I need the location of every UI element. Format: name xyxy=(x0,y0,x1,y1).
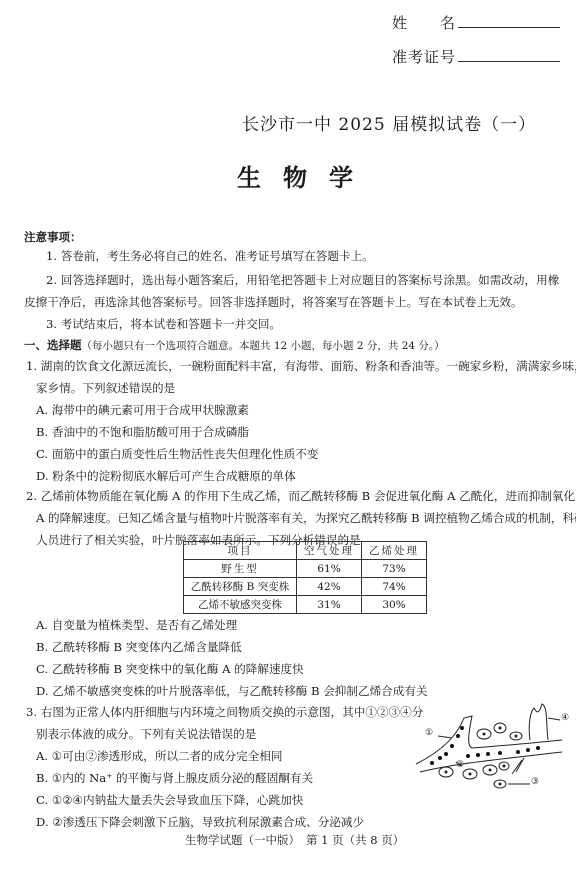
table-header-ethylene: 乙烯处理 xyxy=(362,542,427,560)
section-note: （每小题只有一个选项符合题意。本题共 12 小题，每小题 2 分，共 24 分。… xyxy=(82,340,445,352)
figure-label-4: ④ xyxy=(561,713,569,723)
q2-option-a: A. 自变量为植株类型、是否有乙烯处理 xyxy=(36,617,237,633)
q2-stem-line-1: 2. 乙烯前体物质能在氧化酶 A 的作用下生成乙烯，而乙酰转移酶 B 会促进氧化… xyxy=(26,488,576,504)
q3-option-c: C. ①②④内钠盐大量丢失会导致血压下降，心跳加快 xyxy=(36,792,303,808)
table-row: 野生型 61% 73% xyxy=(184,560,427,578)
name-field: 姓 名 xyxy=(392,12,560,33)
table-cell: 74% xyxy=(362,578,427,596)
exam-title: 长沙市一中 2025 届模拟试卷（一） xyxy=(242,110,536,135)
name-blank-line xyxy=(458,26,560,28)
figure-label-1: ① xyxy=(425,728,433,738)
table-cell: 30% xyxy=(362,596,427,614)
q1-stem-line-2: 家乡情。下列叙述错误的是 xyxy=(36,380,175,396)
table-header-item: 项目 xyxy=(184,542,297,560)
q1-stem-line-1: 1. 湖南的饮食文化源远流长，一碗粉面配料丰富，有海带、面筋、粉条和香油等。一碗… xyxy=(26,358,576,374)
q3-stem-line-1: 3. 右图为正常人体内肝细胞与内环境之间物质交换的示意图，其中①②③④分 xyxy=(26,704,423,720)
q1-option-c: C. 面筋中的蛋白质变性后生物活性丧失但理化性质不变 xyxy=(36,446,319,462)
exam-id-label: 准考证号 xyxy=(392,48,456,66)
table-header-air: 空气处理 xyxy=(297,542,362,560)
table-cell: 野生型 xyxy=(184,560,297,578)
q3-option-a: A. ①可由②渗透形成，所以二者的成分完全相同 xyxy=(36,748,282,764)
q3-option-b: B. ①内的 Na⁺ 的平衡与肾上腺皮质分泌的醛固酮有关 xyxy=(36,770,313,786)
notice-heading: 注意事项： xyxy=(24,229,82,245)
liver-cell-exchange-diagram xyxy=(412,696,572,796)
q1-option-d: D. 粉条中的淀粉彻底水解后可产生合成糖原的单体 xyxy=(36,468,296,484)
q1-option-b: B. 香油中的不饱和脂肪酸可用于合成磷脂 xyxy=(36,424,249,440)
table-cell: 31% xyxy=(297,596,362,614)
section-title: 一、选择题 xyxy=(24,338,82,352)
q3-stem-line-2: 别表示体液的成分。下列有关说法错误的是 xyxy=(36,726,256,742)
footer-subject: 生物学试题（一中版） xyxy=(185,832,300,848)
notice-item-2-cont: 皮擦干净后，再选涂其他答案标号。回答非选择题时，将答案写在答题卡上。写在本试卷上… xyxy=(24,294,523,310)
table-cell: 乙酰转移酶 B 突变株 xyxy=(184,578,297,596)
section-heading: 一、选择题（每小题只有一个选项符合题意。本题共 12 小题，每小题 2 分，共 … xyxy=(24,337,445,354)
exam-id-blank-line xyxy=(458,60,560,62)
q2-data-table: 项目 空气处理 乙烯处理 野生型 61% 73% 乙酰转移酶 B 突变株 42%… xyxy=(183,541,427,614)
q1-option-a: A. 海带中的碘元素可用于合成甲状腺激素 xyxy=(36,402,249,418)
table-cell: 乙烯不敏感突变株 xyxy=(184,596,297,614)
notice-item-2: 2. 回答选择题时，选出每小题答案后，用铅笔把答题卡上对应题目的答案标号涂黑。如… xyxy=(46,272,559,288)
table-cell: 61% xyxy=(297,560,362,578)
q2-option-b: B. 乙酰转移酶 B 突变体内乙烯含量降低 xyxy=(36,639,242,655)
table-cell: 42% xyxy=(297,578,362,596)
q3-option-d: D. ②渗透压下降会刺激下丘脑，导致抗利尿激素合成、分泌减少 xyxy=(36,814,364,830)
table-header-row: 项目 空气处理 乙烯处理 xyxy=(184,542,427,560)
table-cell: 73% xyxy=(362,560,427,578)
table-row: 乙烯不敏感突变株 31% 30% xyxy=(184,596,427,614)
notice-item-3: 3. 考试结束后，将本试卷和答题卡一并交回。 xyxy=(46,316,281,332)
figure-label-3: ③ xyxy=(531,777,539,787)
subject-title: 生物学 xyxy=(237,158,375,193)
q2-option-d: D. 乙烯不敏感突变株的叶片脱落率低，与乙酰转移酶 B 会抑制乙烯合成有关 xyxy=(36,683,428,699)
exam-id-field: 准考证号 xyxy=(392,46,560,67)
name-label: 姓 名 xyxy=(392,14,456,32)
footer-page-number: 第 1 页（共 8 页） xyxy=(306,832,404,848)
notice-item-1: 1. 答卷前，考生务必将自己的姓名、准考证号填写在答题卡上。 xyxy=(46,248,374,264)
table-row: 乙酰转移酶 B 突变株 42% 74% xyxy=(184,578,427,596)
figure-label-2: ② xyxy=(456,760,464,770)
q2-stem-line-2: A 的降解速度。已知乙烯含量与植物叶片脱落率有关，为探究乙酰转移酶 B 调控植物… xyxy=(36,510,576,526)
q2-option-c: C. 乙酰转移酶 B 突变株中的氧化酶 A 的降解速度快 xyxy=(36,661,304,677)
